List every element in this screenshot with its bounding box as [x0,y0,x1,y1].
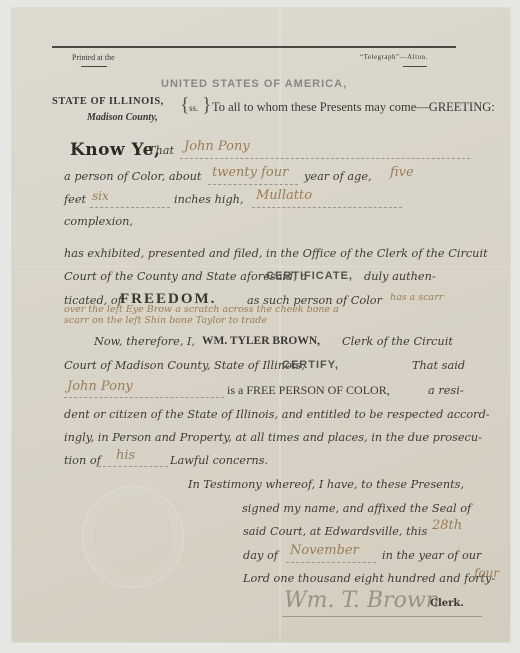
month-field: November [290,543,359,558]
free-person-statement: is a FREE PERSON OF COLOR, [227,383,390,398]
day-field: 28th [432,518,462,533]
text-line: That said [412,359,465,372]
text-line: tion of [64,454,101,467]
inches-underline [90,207,170,208]
name-field: John Pony [184,139,250,154]
marks-description: scarr on the left Shin bone Taylor to tr… [64,315,267,326]
county-label: Madison County, [87,112,158,123]
divider [403,66,427,67]
brace-right: } [202,94,212,117]
inches-field: six [92,189,109,203]
testimony-line: day of [243,549,278,562]
testimony-line: in the year of our [382,549,481,562]
state-label: STATE OF ILLINOIS, [52,96,164,107]
document-title: UNITED STATES OF AMERICA, [161,78,347,90]
printer-label-left: Printed at the [72,53,115,62]
text-line: Lawful concerns. [170,454,268,467]
text-line: Clerk of the Circuit [342,335,453,348]
fold-crease-horizontal [12,266,510,267]
greeting: To all to whom these Presents may come—G… [212,100,495,115]
complexion-field: Mullatto [256,188,312,203]
text-line: a resi- [428,384,464,397]
testimony-line: Lord one thousand eight hundred and fort… [243,572,495,585]
month-underline [286,562,376,563]
certificate-document: Printed at the “Telegraph”—Alton. UNITED… [12,8,510,642]
certify-word: CERTIFY, [282,359,339,371]
text-line: Now, therefore, I, [94,335,195,348]
age-underline [208,184,298,185]
pronoun-underline [98,466,168,467]
ss-label: ss. [189,103,198,113]
marks-description: has a scarr [390,292,443,303]
testimony-line: In Testimony whereof, I have, to these P… [188,478,464,491]
embossed-seal [82,486,184,588]
age-field: twenty four [212,165,288,180]
text-line: duly authen- [364,270,436,283]
text-line: feet [64,193,86,206]
that-label: That [148,144,174,157]
testimony-line: said Court, at Edwardsville, this [243,525,427,538]
testimony-line: signed my name, and affixed the Seal of [242,502,471,515]
text-line: ingly, in Person and Property, at all ti… [64,431,482,444]
text-line: Court of Madison County, State of Illino… [64,359,305,372]
divider [81,66,107,67]
text-line: inches high, [174,193,244,206]
clerk-name: WM. TYLER BROWN, [202,335,320,347]
text-line: a person of Color, about [64,170,201,183]
text-line: has exhibited, presented and filed, in t… [64,247,488,260]
name-field-2: John Pony [67,379,133,394]
printer-label-right: “Telegraph”—Alton. [360,53,428,61]
name-underline [180,158,470,159]
name-underline-2 [64,397,224,398]
signature-line [282,616,482,617]
text-line: dent or citizen of the State of Illinois… [64,408,490,421]
clerk-signature: Wm. T. Brown [284,588,440,613]
complexion-underline [252,207,402,208]
clerk-title: Clerk. [430,598,464,609]
know-ye-heading: Know Ye, [70,140,160,160]
certificate-word: CERTIFICATE, [266,270,353,282]
marks-description: over the left Eye Brow a scratch across … [64,304,339,315]
text-line: year of age, [304,170,372,183]
height-feet-field: five [390,165,414,180]
year-field: four [474,566,499,580]
text-line: complexion, [64,215,133,228]
pronoun-field: his [116,448,135,463]
top-rule [52,46,456,48]
